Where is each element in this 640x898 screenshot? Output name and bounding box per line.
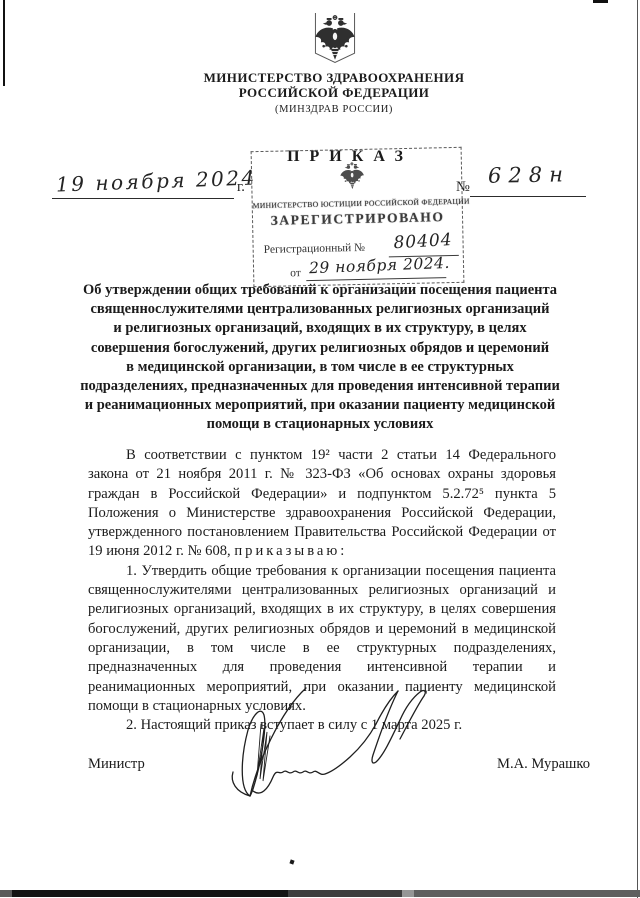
scan-top-edge-dash [593,0,608,3]
scan-bottom-bar [0,890,640,897]
body-paragraph-1: В соответствии с пунктом 19² части 2 ста… [88,446,556,562]
scanned-order-page: МИНИСТЕРСТВО ЗДРАВООХРАНЕНИЯ РОССИЙСКОЙ … [0,0,640,898]
title-line: в медицинской организации, в том числе в… [48,358,592,377]
ministry-short-name: (МИНЗДРАВ РОССИИ) [14,104,640,115]
stamp-date-underline [306,277,446,281]
stamp-date-value: 29 ноября 2024. [309,254,450,277]
minister-name: М.А. Мурашко [497,756,590,773]
date-underline [52,198,234,199]
title-line: подразделениях, предназначенных для пров… [48,377,592,396]
ministry-name-line2: РОССИЙСКОЙ ФЕДЕРАЦИИ [14,85,640,100]
stamp-eagle-icon [338,161,367,192]
order-title: Об утверждении общих требований к органи… [48,281,592,435]
ink-dot [289,859,294,864]
title-line: и реанимационных мероприятий, при оказан… [48,396,592,415]
title-line: помощи в стационарных условиях [48,415,592,434]
title-line: и религиозных организаций, входящих в их… [48,319,592,338]
stamp-reg-number-label: Регистрационный № [264,242,366,256]
order-date-handwritten: 19 ноября 2024 [56,166,257,197]
prikazyvayu-keyword: приказываю: [234,543,347,559]
minister-role-label: Министр [88,756,145,773]
ministry-name-line1: МИНИСТЕРСТВО ЗДРАВООХРАНЕНИЯ [14,70,640,85]
title-line: священнослужителями централизованных рел… [48,300,592,319]
minister-signature [228,684,440,812]
stamp-ministry-line: МИНИСТЕРСТВО ЮСТИЦИИ РОССИЙСКОЙ ФЕДЕРАЦИ… [253,197,462,210]
stamp-date-prefix: от [290,267,301,279]
scan-left-edge-line [3,0,5,86]
registration-stamp: МИНИСТЕРСТВО ЮСТИЦИИ РОССИЙСКОЙ ФЕДЕРАЦИ… [251,147,465,287]
order-number-handwritten: 628н [488,162,570,187]
stamp-registered-label: ЗАРЕГИСТРИРОВАНО [253,209,462,229]
scan-right-edge-line [637,0,639,898]
coat-of-arms-icon [313,13,357,63]
date-suffix: г. [237,179,245,196]
stamp-reg-number-value: 80404 [393,230,453,253]
ministry-name: МИНИСТЕРСТВО ЗДРАВООХРАНЕНИЯ РОССИЙСКОЙ … [14,70,640,100]
title-line: совершения богослужений, других религиоз… [48,339,592,358]
number-underline [470,196,586,197]
